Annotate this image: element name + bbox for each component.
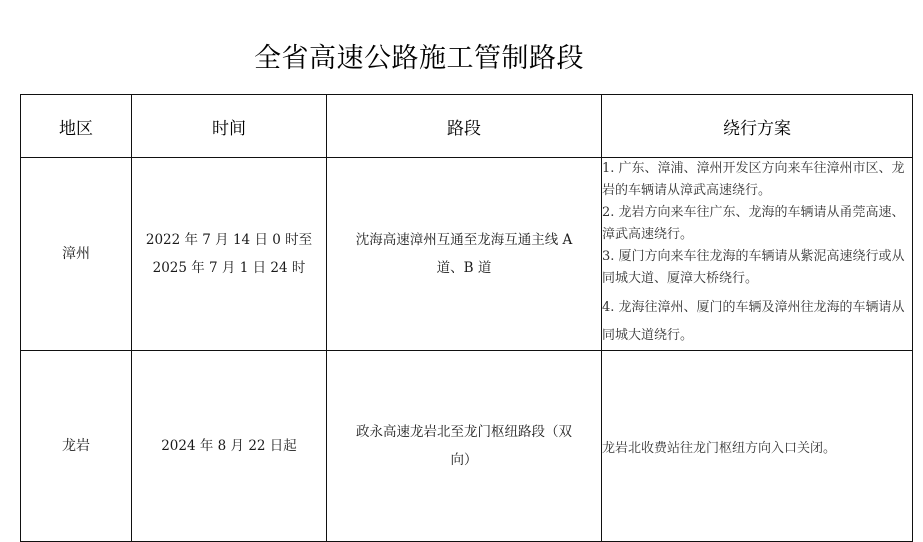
table-row: 龙岩 2024 年 8 月 22 日起 政永高速龙岩北至龙门枢纽路段（双 向） … xyxy=(21,351,913,542)
time-start: 2024 年 8 月 22 日起 xyxy=(132,432,326,460)
header-detour-plan: 绕行方案 xyxy=(602,95,913,158)
road-section-line: 道、B 道 xyxy=(327,254,601,282)
time-end: 2025 年 7 月 1 日 24 时 xyxy=(132,254,326,282)
detour-plan-cell: 龙岩北收费站往龙门枢纽方向入口关闭。 xyxy=(602,351,913,542)
region-cell: 漳州 xyxy=(21,158,132,351)
header-road-section: 路段 xyxy=(327,95,602,158)
traffic-control-table: 地区 时间 路段 绕行方案 漳州 2022 年 7 月 14 日 0 时至 20… xyxy=(20,94,913,542)
detour-plan-cell: 1. 广东、漳浦、漳州开发区方向来车往漳州市区、龙岩的车辆请从漳武高速绕行。 2… xyxy=(602,158,913,351)
table-row: 漳州 2022 年 7 月 14 日 0 时至 2025 年 7 月 1 日 2… xyxy=(21,158,913,351)
time-cell: 2024 年 8 月 22 日起 xyxy=(132,351,327,542)
road-section-cell: 沈海高速漳州互通至龙海互通主线 A 道、B 道 xyxy=(327,158,602,351)
detour-item: 3. 厦门方向来车往龙海的车辆请从紫泥高速绕行或从同城大道、厦漳大桥绕行。 xyxy=(602,246,912,290)
road-section-line: 政永高速龙岩北至龙门枢纽路段（双 xyxy=(327,418,601,446)
time-cell: 2022 年 7 月 14 日 0 时至 2025 年 7 月 1 日 24 时 xyxy=(132,158,327,351)
page-title: 全省高速公路施工管制路段 xyxy=(0,36,838,75)
road-section-line: 沈海高速漳州互通至龙海互通主线 A xyxy=(327,226,601,254)
time-start: 2022 年 7 月 14 日 0 时至 xyxy=(132,226,326,254)
road-section-cell: 政永高速龙岩北至龙门枢纽路段（双 向） xyxy=(327,351,602,542)
road-section-line: 向） xyxy=(327,446,601,474)
detour-item: 2. 龙岩方向来车往广东、龙海的车辆请从甬莞高速、漳武高速绕行。 xyxy=(602,202,912,246)
detour-item: 4. 龙海往漳州、厦门的车辆及漳州往龙海的车辆请从同城大道绕行。 xyxy=(602,294,912,350)
header-region: 地区 xyxy=(21,95,132,158)
detour-item: 龙岩北收费站往龙门枢纽方向入口关闭。 xyxy=(602,437,912,456)
header-time: 时间 xyxy=(132,95,327,158)
region-cell: 龙岩 xyxy=(21,351,132,542)
detour-item: 1. 广东、漳浦、漳州开发区方向来车往漳州市区、龙岩的车辆请从漳武高速绕行。 xyxy=(602,158,912,202)
table-header-row: 地区 时间 路段 绕行方案 xyxy=(21,95,913,158)
